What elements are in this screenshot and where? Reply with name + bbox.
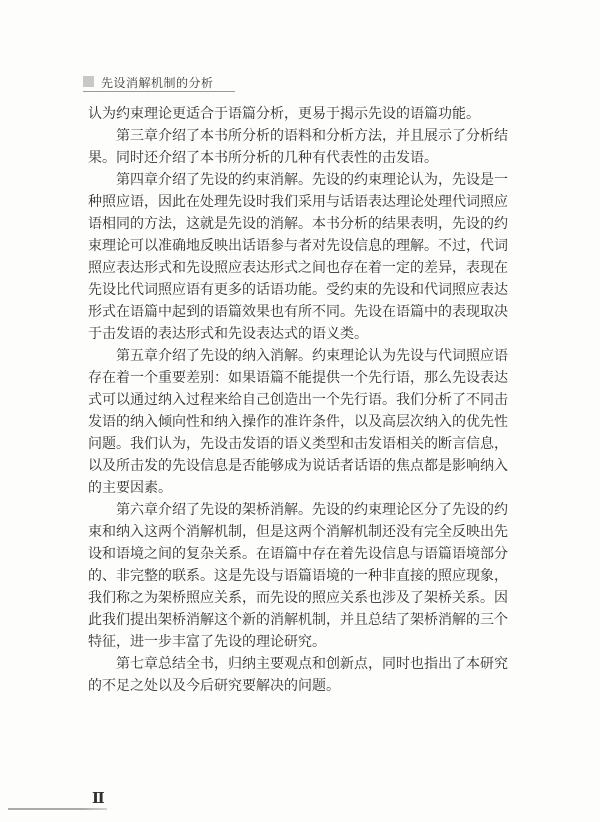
paragraph: 第三章介绍了本书所分析的语料和分析方法，并且展示了分析结果。同时还介绍了本书所分…	[88, 126, 508, 170]
paragraph: 第六章介绍了先设的架桥消解。先设的约束理论区分了先设的约束和纳入这两个消解机制，…	[88, 500, 508, 654]
footer-rule	[8, 808, 107, 810]
paragraph: 认为约束理论更适合于语篇分析，更易于揭示先设的语篇功能。	[88, 104, 508, 126]
body-text: 认为约束理论更适合于语篇分析，更易于揭示先设的语篇功能。 第三章介绍了本书所分析…	[88, 104, 508, 698]
book-page: 先设消解机制的分析 认为约束理论更适合于语篇分析，更易于揭示先设的语篇功能。 第…	[0, 0, 600, 822]
paragraph: 第四章介绍了先设的约束消解。先设的约束理论认为，先设是一种照应语，因此在处理先设…	[88, 170, 508, 346]
page-number: Ⅱ	[92, 791, 105, 807]
running-header: 先设消解机制的分析	[83, 73, 235, 92]
section-marker-icon	[83, 76, 94, 87]
paragraph: 第七章总结全书，归纳主要观点和创新点，同时也指出了本研究的不足之处以及今后研究要…	[88, 654, 508, 698]
running-header-title: 先设消解机制的分析	[101, 74, 214, 91]
paragraph: 第五章介绍了先设的纳入消解。约束理论认为先设与代词照应语存在着一个重要差别：如果…	[88, 346, 508, 500]
